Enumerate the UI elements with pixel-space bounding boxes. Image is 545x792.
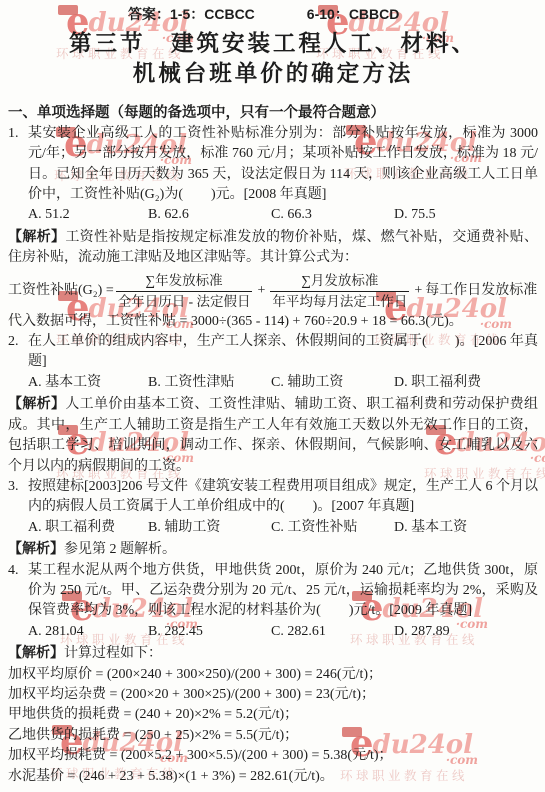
option-b: B. 62.6 — [148, 205, 271, 225]
question-1: 1. 某安装企业高级工人的工资性补贴标准分别为：部分补贴按年发放，标准为 300… — [8, 124, 538, 332]
answers-range-6-10: 6-10：CBBCD — [307, 4, 400, 24]
question-options: A. 职工福利费 B. 辅助工资 C. 工资性补贴 D. 基本工资 — [28, 518, 538, 538]
answers-range-1-5: 答案：1-5：CCBCC — [128, 4, 255, 24]
calculation-step: 加权平均运杂费 = (200×20 + 300×25)/(200 + 300) … — [8, 685, 538, 705]
option-d: D. 基本工资 — [394, 518, 538, 538]
question-number: 4. — [8, 561, 28, 643]
analysis-label: 【解析】 — [8, 228, 65, 244]
question-stem: 某安装企业高级工人的工资性补贴标准分别为：部分补贴按年发放，标准为 3000 元… — [28, 124, 538, 206]
option-a: A. 职工福利费 — [28, 518, 148, 538]
option-d: D. 75.5 — [394, 205, 538, 225]
page-title: 第三节 建筑安装工程人工、材料、 机械台班单价的确定方法 — [8, 29, 538, 89]
option-d: D. 职工福利费 — [394, 373, 538, 393]
page-title-line-2: 机械台班单价的确定方法 — [8, 59, 538, 89]
answers-line: 答案：1-5：CCBCC 6-10：CBBCD — [128, 4, 538, 24]
option-b: B. 辅助工资 — [148, 518, 271, 538]
formula-tail: 每工作日发放标准 — [425, 281, 537, 301]
wage-subsidy-formula: 工资性补贴(G₂) = ∑年发放标准 全年日历日 - 法定假日 + ∑月发放标准… — [8, 272, 538, 311]
question-2: 2. 在人工单价的组成内容中，生产工人探亲、休假期间的工资属于( )。[2006… — [8, 332, 538, 477]
formula-fraction-1: ∑年发放标准 全年日历日 - 法定假日 — [116, 272, 253, 311]
analysis-label: 【解析】 — [8, 644, 64, 660]
question-stem: 在人工单价的组成内容中，生产工人探亲、休假期间的工资属于( )。[2006 年真… — [28, 332, 538, 373]
question-3: 3. 按照建标[2003]206 号文件《建筑安装工程费用项目组成》规定，生产工… — [8, 477, 538, 561]
calculation-step: 甲地供货的损耗费 = (240 + 20)×2% = 5.2(元/t)； — [8, 705, 538, 725]
analysis-label: 【解析】 — [8, 540, 64, 556]
section-heading: 一、单项选择题（每题的备选项中，只有一个最符合题意） — [8, 103, 538, 123]
page-content: 答案：1-5：CCBCC 6-10：CBBCD 第三节 建筑安装工程人工、材料、… — [0, 0, 545, 787]
question-number: 3. — [8, 477, 28, 538]
option-a: A. 基本工资 — [28, 373, 148, 393]
calculation-steps: 加权平均原价 = (200×240 + 300×250)/(200 + 300)… — [8, 665, 538, 787]
fraction-numerator: ∑年发放标准 — [116, 272, 253, 292]
document-page: e du24ol ·com 环球职业教育在线 e du24ol ·com 环球职… — [0, 0, 545, 792]
option-c: C. 辅助工资 — [271, 373, 394, 393]
analysis-label: 【解析】 — [8, 395, 65, 411]
option-b: B. 工资性津贴 — [148, 373, 271, 393]
analysis-paragraph: 【解析】人工单价由基本工资、工资性津贴、辅助工资、职工福利费和劳动保护费组成。其… — [8, 393, 538, 477]
option-c: C. 66.3 — [271, 205, 394, 225]
question-options: A. 51.2 B. 62.6 C. 66.3 D. 75.5 — [28, 205, 538, 225]
analysis-paragraph: 【解析】参见第 2 题解析。 — [8, 538, 538, 560]
calculation-step: 加权平均原价 = (200×240 + 300×250)/(200 + 300)… — [8, 665, 538, 685]
analysis-text: 人工单价由基本工资、工资性津贴、辅助工资、职工福利费和劳动保护费组成。其中，生产… — [8, 397, 538, 473]
page-title-line-1: 第三节 建筑安装工程人工、材料、 — [8, 29, 538, 59]
analysis-text: 工资性补贴是指按规定标准发放的物价补贴，煤、燃气补贴，交通费补贴、住房补贴，流动… — [8, 230, 538, 265]
formula-fraction-2: ∑月发放标准 年平均每月法定工作日 — [270, 272, 409, 311]
question-number: 2. — [8, 332, 28, 393]
fraction-denominator: 全年日历日 - 法定假日 — [116, 292, 253, 311]
analysis-conclusion: 代入数据可得，工资性补贴 = 3000÷(365 - 114) + 760÷20… — [8, 312, 538, 332]
question-4: 4. 某工程水泥从两个地方供货，甲地供货 200t，原价为 240 元/t；乙地… — [8, 561, 538, 787]
option-a: A. 51.2 — [28, 205, 148, 225]
formula-operator: + — [414, 281, 422, 301]
formula-operator: + — [257, 281, 265, 301]
option-a: A. 281.04 — [28, 622, 148, 642]
option-c: C. 282.61 — [271, 622, 394, 642]
calculation-step: 水泥基价 = (246 + 23 + 5.38)×(1 + 3%) = 282.… — [8, 767, 538, 787]
question-options: A. 基本工资 B. 工资性津贴 C. 辅助工资 D. 职工福利费 — [28, 373, 538, 393]
question-stem: 某工程水泥从两个地方供货，甲地供货 200t，原价为 240 元/t；乙地供货 … — [28, 561, 538, 622]
analysis-text: 计算过程如下： — [64, 646, 162, 661]
formula-lhs: 工资性补贴(G₂) = — [8, 281, 114, 301]
analysis-paragraph: 【解析】工资性补贴是指按规定标准发放的物价补贴，煤、燃气补贴，交通费补贴、住房补… — [8, 226, 538, 269]
analysis-paragraph: 【解析】计算过程如下： — [8, 642, 538, 664]
analysis-text: 参见第 2 题解析。 — [64, 542, 176, 557]
option-d: D. 287.89 — [394, 622, 538, 642]
question-stem: 按照建标[2003]206 号文件《建筑安装工程费用项目组成》规定，生产工人 6… — [28, 477, 538, 518]
question-options: A. 281.04 B. 282.45 C. 282.61 D. 287.89 — [28, 622, 538, 642]
option-b: B. 282.45 — [148, 622, 271, 642]
question-number: 1. — [8, 124, 28, 226]
option-c: C. 工资性补贴 — [271, 518, 394, 538]
fraction-denominator: 年平均每月法定工作日 — [270, 292, 409, 311]
calculation-step: 加权平均损耗费 = (200×5.2 + 300×5.5)/(200 + 300… — [8, 746, 538, 766]
calculation-step: 乙地供货的损耗费 = (250 + 25)×2% = 5.5(元/t)； — [8, 726, 538, 746]
fraction-numerator: ∑月发放标准 — [270, 272, 409, 292]
